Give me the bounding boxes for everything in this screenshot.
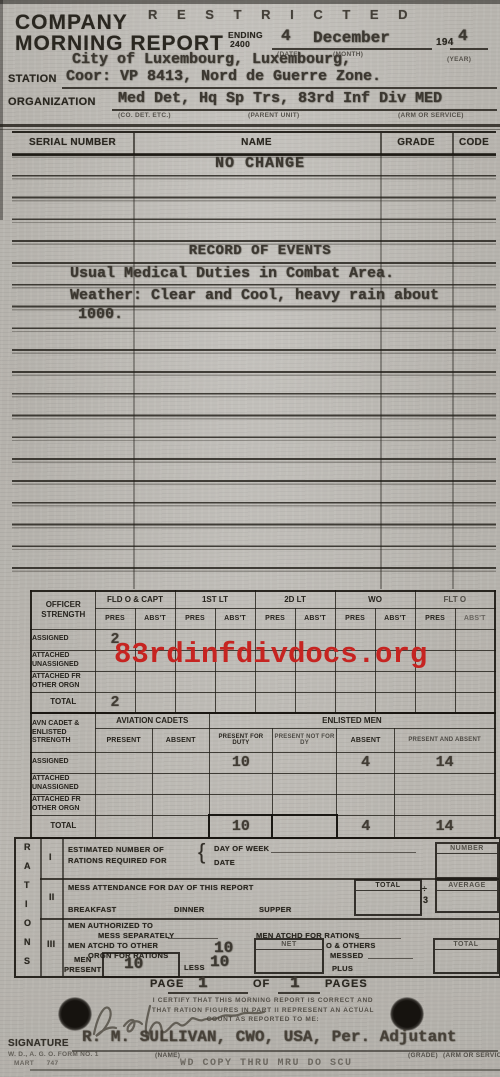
station-city-typed: City of Luxembourg, Luxembourg,	[72, 51, 351, 68]
messed-label: MESSED	[330, 951, 363, 960]
rations-numeral-1: I	[49, 852, 52, 862]
estimated-rations-line2: RATIONS REQUIRED FOR	[68, 856, 167, 865]
cell-value	[209, 794, 272, 815]
group-aviation-cadets: AVIATION CADETS	[95, 713, 209, 728]
roster-col-grade: GRADE	[380, 137, 452, 148]
watermark: 83rdinfdivdocs.org	[114, 638, 427, 671]
rations-section: R A T I O N S I ESTIMATED NUMBER OF RATI…	[14, 837, 500, 978]
officer-sub-abst: ABS'T	[215, 608, 255, 629]
cell-value-boxed: 10	[209, 815, 272, 838]
cell-value	[135, 671, 175, 692]
divide-by: 3	[423, 895, 428, 905]
men-present-box: 10	[102, 952, 180, 978]
ending-time: 2400	[230, 39, 250, 49]
cell-value: 4	[337, 752, 395, 773]
col-present-for-duty: PRESENT FOR DUTY	[209, 728, 272, 752]
signature-sub-arm: (ARM OR SERVICE)	[443, 1052, 500, 1059]
rations-letter: O	[24, 918, 31, 928]
cell-value	[337, 773, 395, 794]
roster-col-code: CODE	[452, 137, 496, 148]
cadet-row-attached-unassigned: ATTACHED UNASSIGNED	[31, 773, 495, 794]
cell-value	[215, 671, 255, 692]
officer-sub-pres: PRES	[415, 608, 455, 629]
cell-value	[295, 671, 335, 692]
column-divider	[452, 153, 454, 589]
day-of-week-label: DAY OF WEEK	[214, 844, 269, 853]
year-sub-label: (YEAR)	[447, 56, 471, 63]
row-label: ATTACHED FR OTHER ORGN	[31, 794, 95, 815]
cell-value	[175, 692, 215, 713]
year-value: 4	[458, 27, 468, 45]
roster-col-serial: SERIAL NUMBER	[12, 137, 133, 148]
cell-value	[152, 773, 209, 794]
row-label: ATTACHED FR OTHER ORGN	[31, 671, 95, 692]
officer-group-flt-o: FLT O	[415, 591, 495, 608]
total-box-rations: TOTAL	[433, 938, 499, 974]
station-value: Coor: VP 8413, Nord de Guerre Zone.	[66, 68, 381, 85]
total-box-label: TOTAL	[435, 940, 497, 950]
roster-body-rules	[12, 153, 496, 589]
cadet-group-header-row: AVN CADET & ENLISTED STRENGTH AVIATION C…	[31, 713, 495, 728]
rations-letter: N	[24, 937, 31, 947]
rations-letter-divider	[40, 839, 42, 976]
officer-row-header: OFFICER STRENGTH	[31, 591, 95, 629]
rations-numeral-3: III	[47, 939, 55, 949]
form-number-line1: W. D., A. G. O. FORM NO. 1	[8, 1051, 99, 1058]
cell-value	[152, 794, 209, 815]
scan-edge-top	[0, 0, 500, 4]
roster-col-name: NAME	[133, 137, 380, 148]
men-atchd-rations-line	[356, 938, 401, 939]
group-enlisted-men: ENLISTED MEN	[209, 713, 495, 728]
officer-row-total: TOTAL 2	[31, 692, 495, 713]
signature-label: SIGNATURE	[8, 1038, 69, 1049]
cell-value	[272, 752, 336, 773]
day-of-week-line	[271, 852, 416, 853]
col-present-and-absent: PRESENT AND ABSENT	[395, 728, 495, 752]
cell-value	[209, 773, 272, 794]
cell-value	[95, 794, 152, 815]
officer-sub-pres: PRES	[255, 608, 295, 629]
cell-value	[272, 773, 336, 794]
supper-label: SUPPER	[259, 905, 292, 914]
brace: {	[198, 839, 206, 865]
officer-row-header-line2: STRENGTH	[41, 610, 85, 619]
rations-letter: S	[24, 956, 30, 966]
row-label: ASSIGNED	[31, 629, 95, 650]
organization-value: Med Det, Hq Sp Trs, 83rd Inf Div MED	[118, 90, 442, 107]
cell-value	[255, 692, 295, 713]
mess-attendance-title: MESS ATTENDANCE FOR DAY OF THIS REPORT	[68, 883, 254, 892]
men-authorized-label: MEN AUTHORIZED TO	[68, 921, 153, 930]
present-label: PRESENT	[64, 965, 102, 974]
scan-edge-left	[0, 0, 3, 220]
cell-value	[455, 650, 495, 671]
cell-value	[395, 773, 495, 794]
men-atchd-other-label: MEN ATCHD TO OTHER	[68, 941, 158, 950]
station-label: STATION	[8, 73, 57, 85]
cell-value	[95, 671, 135, 692]
officer-group-1st-lt: 1ST LT	[175, 591, 255, 608]
rations-letter: A	[24, 861, 31, 871]
average-box-label: AVERAGE	[437, 881, 497, 891]
date-value: 4	[281, 27, 291, 45]
officer-group-2d-lt: 2D LT	[255, 591, 335, 608]
column-divider	[380, 153, 382, 589]
col-em-absent: ABSENT	[337, 728, 395, 752]
number-box-label: NUMBER	[437, 844, 497, 854]
officer-sub-abst: ABS'T	[135, 608, 175, 629]
cell-value	[395, 794, 495, 815]
organization-line	[112, 109, 497, 111]
rations-letter: I	[25, 899, 28, 909]
cadet-sub-header-row: PRESENT ABSENT PRESENT FOR DUTY PRESENT …	[31, 728, 495, 752]
cell-value	[455, 671, 495, 692]
rations-divider-1	[40, 878, 499, 880]
signature-typed: R. M. SULLIVAN, CWO, USA, Per. Adjutant	[82, 1028, 456, 1046]
date-label: DATE	[214, 858, 235, 867]
pages-label: PAGES	[325, 978, 368, 990]
date-line	[272, 48, 432, 50]
cell-value	[95, 752, 152, 773]
cell-value	[455, 629, 495, 650]
org-sub-label-3: (ARM OR SERVICE)	[398, 112, 464, 119]
column-divider	[380, 133, 382, 154]
month-value: December	[313, 29, 390, 47]
cell-value	[215, 692, 255, 713]
cell-value: 14	[395, 752, 495, 773]
row-label: TOTAL	[31, 692, 95, 713]
officer-group-wo: WO	[335, 591, 415, 608]
officer-group-header-row: OFFICER STRENGTH FLD O & CAPT 1ST LT 2D …	[31, 591, 495, 608]
restricted-stamp: R E S T R I C T E D	[148, 7, 416, 22]
cell-value	[415, 671, 455, 692]
cadet-row-header: AVN CADET & ENLISTED STRENGTH	[31, 713, 95, 752]
less-value: 10	[210, 953, 229, 971]
cell-value	[335, 692, 375, 713]
cell-value: 4	[337, 815, 395, 838]
officer-group-fldo-capt: FLD O & CAPT	[95, 591, 175, 608]
org-sub-label-2: (PARENT UNIT)	[248, 112, 299, 119]
men-present-value: 10	[124, 955, 143, 973]
cadet-row-assigned: ASSIGNED 10 4 14	[31, 752, 495, 773]
officer-sub-abst: ABS'T	[455, 608, 495, 629]
cell-value	[152, 752, 209, 773]
cell-value: 10	[209, 752, 272, 773]
men-label: MEN	[74, 955, 92, 964]
plus-label: PLUS	[332, 964, 353, 973]
cadet-row-total: TOTAL 10 4 14	[31, 815, 495, 838]
rations-letter: T	[24, 880, 30, 890]
year-line	[450, 48, 488, 50]
event-line-1: Usual Medical Duties in Combat Area.	[70, 265, 394, 282]
event-line-3: 1000.	[78, 306, 123, 323]
rations-numeral-divider	[62, 839, 64, 976]
scan-edge-bottom	[30, 1069, 500, 1071]
station-line	[62, 87, 497, 89]
average-box: AVERAGE	[435, 879, 499, 913]
rations-numeral-2: II	[49, 892, 55, 902]
number-box: NUMBER	[435, 842, 499, 879]
net-box-label: NET	[256, 940, 322, 950]
rations-letter: R	[24, 842, 31, 852]
cell-value	[272, 794, 336, 815]
distribution-stamp: WD COPY THRU MRU DO SCU	[180, 1058, 353, 1069]
section-divider-shadow	[0, 129, 500, 131]
divide-sign: ÷	[422, 884, 427, 894]
signature-sub-name: (NAME)	[155, 1052, 180, 1059]
col-present: PRESENT	[95, 728, 152, 752]
row-label: TOTAL	[31, 815, 95, 838]
row-label: ATTACHED UNASSIGNED	[31, 650, 95, 671]
cell-value	[255, 671, 295, 692]
column-divider	[133, 153, 135, 589]
officer-row-attached-fr-other: ATTACHED FR OTHER ORGN	[31, 671, 495, 692]
cell-value	[375, 692, 415, 713]
estimated-rations-line1: ESTIMATED NUMBER OF	[68, 845, 164, 854]
roster-entry-no-change: NO CHANGE	[120, 155, 400, 172]
breakfast-label: BREAKFAST	[68, 905, 117, 914]
col-present-not-for-dy: PRESENT NOT FOR DY	[272, 728, 336, 752]
cell-value	[295, 692, 335, 713]
less-label: LESS	[184, 963, 205, 972]
page-label: PAGE	[150, 978, 184, 990]
cell-value	[135, 692, 175, 713]
event-line-2: Weather: Clear and Cool, heavy rain abou…	[70, 287, 439, 304]
cell-value	[95, 773, 152, 794]
cell-value	[175, 671, 215, 692]
total-box-label: TOTAL	[356, 881, 420, 891]
cadet-enlisted-table: AVN CADET & ENLISTED STRENGTH AVIATION C…	[30, 712, 496, 839]
mess-separately-label: MESS SEPARATELY	[98, 931, 174, 940]
cell-value	[375, 671, 415, 692]
cell-value	[335, 671, 375, 692]
rations-divider-2	[40, 918, 499, 920]
form-number-line2: MART 747	[14, 1060, 58, 1067]
dinner-label: DINNER	[174, 905, 205, 914]
section-divider	[0, 124, 500, 127]
org-sub-label-1: (CO. DET. ETC.)	[118, 112, 171, 119]
cell-value: 2	[95, 692, 135, 713]
officer-sub-pres: PRES	[95, 608, 135, 629]
officer-sub-abst: ABS'T	[295, 608, 335, 629]
cadet-row-attached-fr-other: ATTACHED FR OTHER ORGN	[31, 794, 495, 815]
year-prefix: 194	[436, 37, 454, 48]
messed-line	[368, 958, 413, 959]
cell-value	[152, 815, 209, 838]
cell-value: 14	[395, 815, 495, 838]
total-box-mess: TOTAL	[354, 879, 422, 916]
cell-value	[95, 815, 152, 838]
mess-separately-line	[168, 938, 218, 939]
signature-sub-grade: (GRADE)	[408, 1052, 438, 1059]
column-divider	[133, 133, 135, 154]
col-absent: ABSENT	[152, 728, 209, 752]
officer-sub-abst: ABS'T	[375, 608, 415, 629]
column-divider	[452, 133, 454, 154]
o-others-label: O & OTHERS	[326, 941, 376, 950]
row-label: ASSIGNED	[31, 752, 95, 773]
cell-value-boxed	[272, 815, 336, 838]
cell-value	[455, 692, 495, 713]
of-label: OF	[253, 978, 270, 990]
cell-value	[415, 692, 455, 713]
cell-value	[337, 794, 395, 815]
net-box: NET	[254, 938, 324, 974]
officer-sub-pres: PRES	[175, 608, 215, 629]
officer-row-header-line1: OFFICER	[46, 600, 81, 609]
organization-label: ORGANIZATION	[8, 96, 96, 108]
record-of-events-heading: RECORD OF EVENTS	[120, 243, 400, 259]
row-label: ATTACHED UNASSIGNED	[31, 773, 95, 794]
officer-sub-header-row: PRES ABS'T PRES ABS'T PRES ABS'T PRES AB…	[31, 608, 495, 629]
officer-sub-pres: PRES	[335, 608, 375, 629]
morning-report-scan: R E S T R I C T E D COMPANY MORNING REPO…	[0, 0, 500, 1077]
